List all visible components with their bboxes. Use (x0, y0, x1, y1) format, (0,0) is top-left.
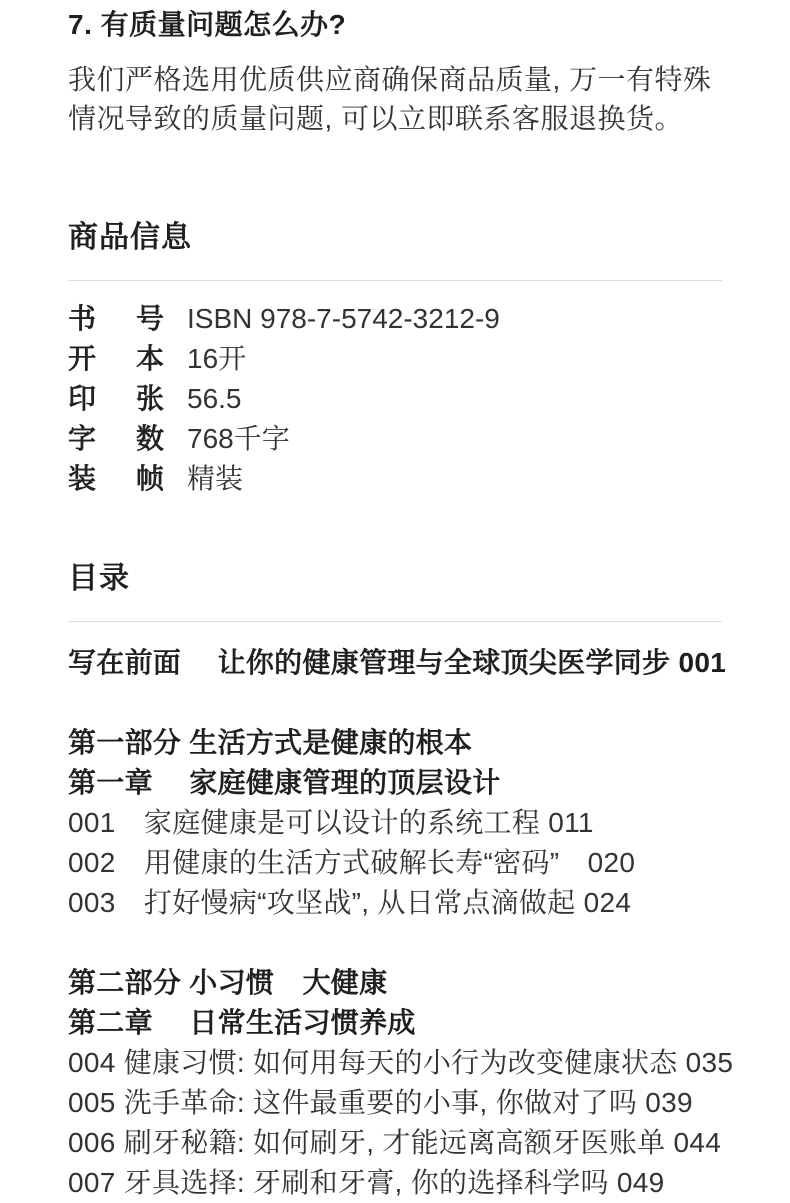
info-label: 开 本 (68, 339, 164, 379)
info-label-char: 张 (136, 379, 164, 419)
toc-entry: 003 打好慢病“攻坚战”, 从日常点滴做起 024 (68, 883, 722, 923)
info-label-char: 书 (68, 299, 96, 339)
toc-preface: 写在前面 让你的健康管理与全球顶尖医学同步 001 (68, 643, 722, 683)
info-label-char: 开 (68, 339, 96, 379)
info-value: ISBN 978-7-5742-3212-9 (187, 299, 500, 339)
toc-section-1: 第一部分 生活方式是健康的根本 第一章 家庭健康管理的顶层设计 001 家庭健康… (68, 723, 722, 923)
info-label: 字 数 (68, 419, 164, 459)
product-info-title: 商品信息 (68, 220, 722, 256)
info-label-char: 装 (68, 459, 96, 499)
toc-chapter-title: 第二章 日常生活习惯养成 (68, 1003, 722, 1043)
toc-entry: 004 健康习惯: 如何用每天的小行为改变健康状态 035 (68, 1043, 722, 1083)
toc-part-title: 第一部分 生活方式是健康的根本 (68, 723, 722, 763)
info-label: 印 张 (68, 379, 164, 419)
toc-title: 目录 (68, 561, 722, 597)
toc-divider (68, 621, 722, 622)
info-row-isbn: 书 号 ISBN 978-7-5742-3212-9 (68, 299, 722, 339)
toc-list: 写在前面 让你的健康管理与全球顶尖医学同步 001 第一部分 生活方式是健康的根… (68, 643, 722, 1203)
faq-heading: 7. 有质量问题怎么办? (68, 8, 722, 42)
toc-entry: 006 刷牙秘籍: 如何刷牙, 才能远离高额牙医账单 044 (68, 1123, 722, 1163)
info-label-char: 数 (136, 419, 164, 459)
info-row-sheets: 印 张 56.5 (68, 379, 722, 419)
info-label-char: 帧 (136, 459, 164, 499)
toc-part-title: 第二部分 小习惯 大健康 (68, 963, 722, 1003)
info-label-char: 印 (68, 379, 96, 419)
toc-entry: 007 牙具选择: 牙刷和牙膏, 你的选择科学吗 049 (68, 1163, 722, 1203)
info-row-binding: 装 帧 精装 (68, 459, 722, 499)
info-label-char: 本 (136, 339, 164, 379)
product-info-divider (68, 280, 722, 281)
info-label: 装 帧 (68, 459, 164, 499)
info-value: 768千字 (187, 419, 290, 459)
toc-chapter-title: 第一章 家庭健康管理的顶层设计 (68, 763, 722, 803)
toc-entry: 005 洗手革命: 这件最重要的小事, 你做对了吗 039 (68, 1083, 722, 1123)
info-value: 精装 (187, 459, 243, 499)
toc-entry: 002 用健康的生活方式破解长寿“密码” 020 (68, 843, 722, 883)
faq-body: 我们严格选用优质供应商确保商品质量, 万一有特殊情况导致的质量问题, 可以立即联… (68, 60, 722, 138)
info-value: 16开 (187, 339, 246, 379)
info-value: 56.5 (187, 379, 242, 419)
product-info-table: 书 号 ISBN 978-7-5742-3212-9 开 本 16开 印 张 5… (68, 299, 722, 499)
page-content: 7. 有质量问题怎么办? 我们严格选用优质供应商确保商品质量, 万一有特殊情况导… (0, 8, 790, 1203)
toc-section-2: 第二部分 小习惯 大健康 第二章 日常生活习惯养成 004 健康习惯: 如何用每… (68, 963, 722, 1203)
info-row-wordcount: 字 数 768千字 (68, 419, 722, 459)
info-label-char: 字 (68, 419, 96, 459)
info-label: 书 号 (68, 299, 164, 339)
info-label-char: 号 (136, 299, 164, 339)
toc-entry: 001 家庭健康是可以设计的系统工程 011 (68, 803, 722, 843)
info-row-format: 开 本 16开 (68, 339, 722, 379)
